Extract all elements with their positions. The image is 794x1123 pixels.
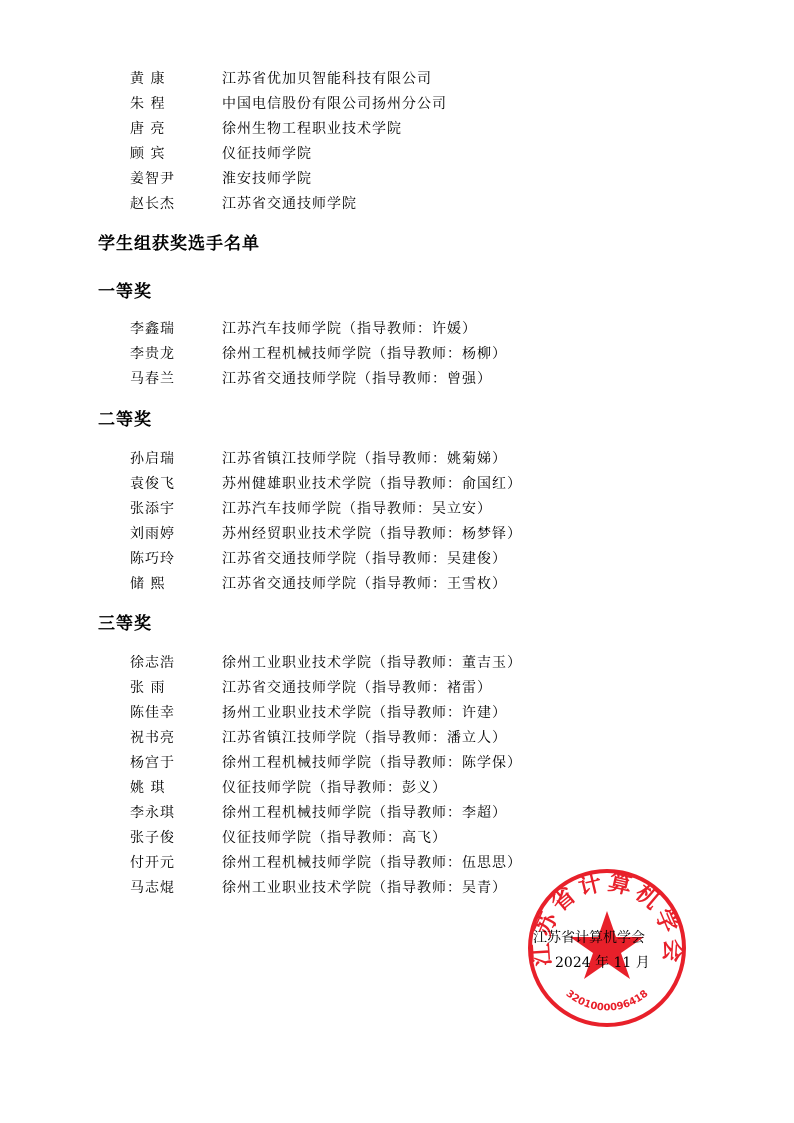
- svg-text:3201000096418: 3201000096418: [564, 988, 651, 1013]
- organization: 江苏省镇江技师学院（指导教师：姚菊娣）: [222, 448, 507, 470]
- person-name: 陈佳幸: [130, 702, 175, 724]
- organization: 淮安技师学院: [222, 168, 312, 190]
- person-name: 李鑫瑞: [130, 318, 175, 340]
- organization: 苏州健雄职业技术学院（指导教师：俞国红）: [222, 473, 522, 495]
- organization: 江苏省交通技师学院（指导教师：曾强）: [222, 368, 492, 390]
- official-seal: 江苏省计算机学会 3201000096418: [526, 867, 688, 1029]
- person-name: 袁俊飞: [130, 473, 175, 495]
- signature-date: 2024 年 11 月: [555, 954, 650, 972]
- section-title: 学生组获奖选手名单: [98, 232, 260, 256]
- person-name: 朱 程: [130, 93, 165, 115]
- person-name: 黄 康: [130, 68, 165, 90]
- organization: 江苏省优加贝智能科技有限公司: [222, 68, 432, 90]
- person-name: 姜智尹: [130, 168, 175, 190]
- organization: 江苏省交通技师学院（指导教师：王雪枚）: [222, 573, 507, 595]
- person-name: 赵长杰: [130, 193, 175, 215]
- organization: 江苏省交通技师学院（指导教师：褚雷）: [222, 677, 492, 699]
- signature-organization: 江苏省计算机学会: [533, 929, 645, 947]
- person-name: 杨宫于: [130, 752, 175, 774]
- person-name: 祝书亮: [130, 727, 175, 749]
- person-name: 李贵龙: [130, 343, 175, 365]
- organization: 仪征技师学院: [222, 143, 312, 165]
- award-heading-first: 一等奖: [98, 280, 152, 304]
- award-heading-second: 二等奖: [98, 408, 152, 432]
- organization: 徐州工程机械技师学院（指导教师：李超）: [222, 802, 507, 824]
- organization: 仪征技师学院（指导教师：彭义）: [222, 777, 447, 799]
- person-name: 张子俊: [130, 827, 175, 849]
- person-name: 张添宇: [130, 498, 175, 520]
- organization: 徐州工业职业技术学院（指导教师：董吉玉）: [222, 652, 522, 674]
- organization: 徐州工业职业技术学院（指导教师：吴青）: [222, 877, 507, 899]
- organization: 徐州工程机械技师学院（指导教师：杨柳）: [222, 343, 507, 365]
- organization: 江苏汽车技师学院（指导教师：吴立安）: [222, 498, 492, 520]
- seal-icon: 江苏省计算机学会 3201000096418: [526, 867, 688, 1029]
- person-name: 储 熙: [130, 573, 165, 595]
- organization: 徐州工程机械技师学院（指导教师：伍思思）: [222, 852, 522, 874]
- person-name: 唐 亮: [130, 118, 165, 140]
- person-name: 付开元: [130, 852, 175, 874]
- person-name: 徐志浩: [130, 652, 175, 674]
- organization: 仪征技师学院（指导教师：高飞）: [222, 827, 447, 849]
- organization: 苏州经贸职业技术学院（指导教师：杨梦铎）: [222, 523, 522, 545]
- award-heading-third: 三等奖: [98, 612, 152, 636]
- person-name: 姚 琪: [130, 777, 165, 799]
- organization: 江苏省交通技师学院: [222, 193, 357, 215]
- organization: 扬州工业职业技术学院（指导教师：许建）: [222, 702, 507, 724]
- person-name: 马志焜: [130, 877, 175, 899]
- organization: 徐州工程机械技师学院（指导教师：陈学保）: [222, 752, 522, 774]
- person-name: 张 雨: [130, 677, 165, 699]
- person-name: 孙启瑞: [130, 448, 175, 470]
- person-name: 顾 宾: [130, 143, 165, 165]
- person-name: 马春兰: [130, 368, 175, 390]
- organization: 徐州生物工程职业技术学院: [222, 118, 402, 140]
- organization: 江苏汽车技师学院（指导教师：许媛）: [222, 318, 477, 340]
- organization: 江苏省镇江技师学院（指导教师：潘立人）: [222, 727, 507, 749]
- organization: 江苏省交通技师学院（指导教师：吴建俊）: [222, 548, 507, 570]
- organization: 中国电信股份有限公司扬州分公司: [222, 93, 447, 115]
- person-name: 陈巧玲: [130, 548, 175, 570]
- person-name: 李永琪: [130, 802, 175, 824]
- person-name: 刘雨婷: [130, 523, 175, 545]
